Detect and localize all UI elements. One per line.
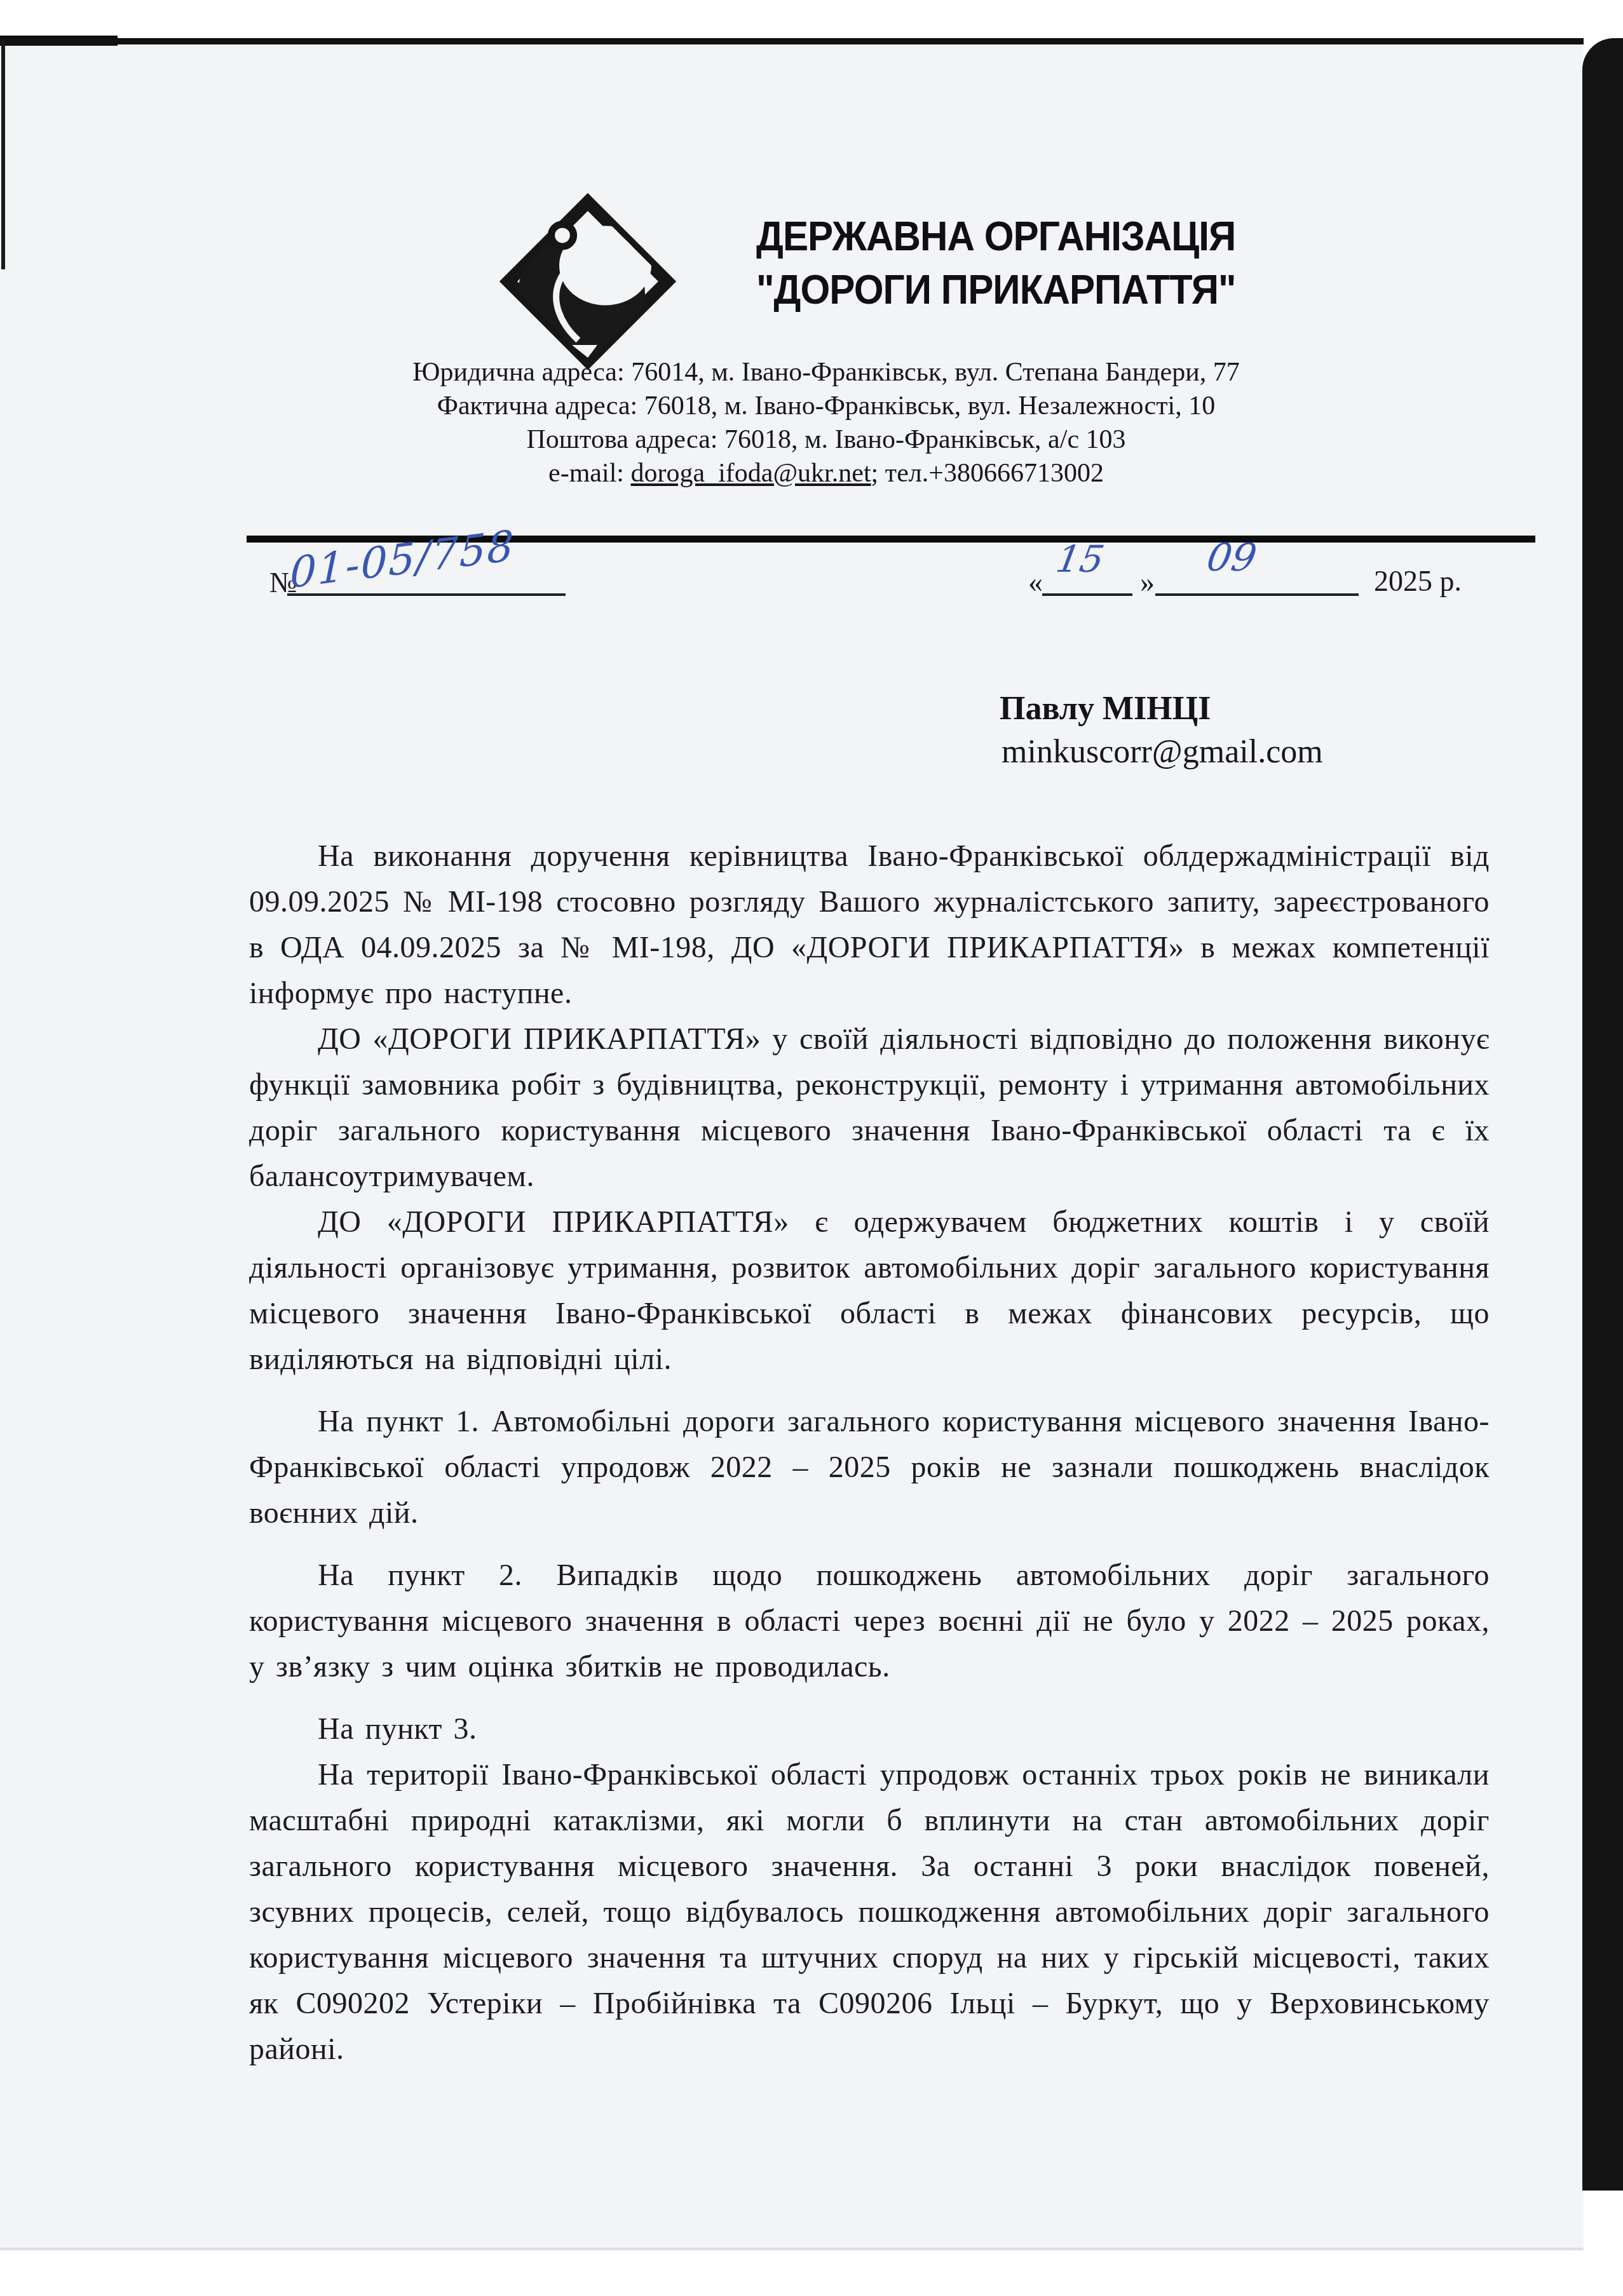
date-month-underline [1155,593,1359,596]
date-day-underline [1042,593,1132,596]
ref-number-underline [287,593,566,596]
org-name-line: "ДОРОГИ ПРИКАРПАТТЯ" [756,263,1236,316]
scan-left-edge [1,41,5,269]
handwritten-month: 09 [1204,536,1260,580]
email-phone-line: e-mail: doroga_ifoda@ukr.net; тел.+38066… [254,457,1398,490]
sheet-bottom-edge [0,2248,1584,2250]
email-address: doroga_ifoda@ukr.net [631,459,871,488]
address-line-actual: Фактична адреса: 76018, м. Івано-Франків… [254,389,1398,423]
org-name-block: ДЕРЖАВНА ОРГАНІЗАЦІЯ "ДОРОГИ ПРИКАРПАТТЯ… [756,210,1236,316]
address-line-postal: Поштова адреса: 76018, м. Івано-Франківс… [254,423,1398,457]
body-paragraph: На виконання доручення керівництва Івано… [249,834,1490,1016]
address-block: Юридична адреса: 76014, м. Івано-Франків… [254,356,1398,490]
org-type-line: ДЕРЖАВНА ОРГАНІЗАЦІЯ [756,210,1236,263]
recipient-email: minkuscorr@gmail.com [1002,733,1323,771]
date-quote-open: « [1028,565,1043,599]
body-paragraph-point-1: На пункт 1. Автомобільні дороги загально… [249,1399,1490,1536]
scanner-background-band [1582,38,1623,2191]
email-label: e-mail: [548,459,630,488]
date-year-label: 2025 р. [1374,564,1462,598]
scanned-letter-page: ДЕРЖАВНА ОРГАНІЗАЦІЯ "ДОРОГИ ПРИКАРПАТТЯ… [0,0,1623,2296]
handwritten-day: 15 [1053,537,1108,581]
letter-body: На виконання доручення керівництва Івано… [249,834,1490,2072]
phone-number: ; тел.+380666713002 [871,459,1104,488]
body-paragraph: На території Івано-Франківської області … [249,1752,1490,2072]
body-paragraph: ДО «ДОРОГИ ПРИКАРПАТТЯ» у своїй діяльнос… [249,1016,1490,1199]
body-paragraph-point-2: На пункт 2. Випадків щодо пошкоджень авт… [249,1553,1490,1690]
roads-prykarpattia-logo-icon [499,192,677,370]
scan-top-edge [0,38,1584,44]
body-paragraph: ДО «ДОРОГИ ПРИКАРПАТТЯ» є одержувачем бю… [249,1199,1490,1382]
body-paragraph-point-3: На пункт 3. [249,1706,1490,1752]
address-line-legal: Юридична адреса: 76014, м. Івано-Франків… [254,356,1398,389]
date-quote-close: » [1140,565,1155,599]
recipient-name: Павлу МІНЦІ [1000,690,1211,727]
